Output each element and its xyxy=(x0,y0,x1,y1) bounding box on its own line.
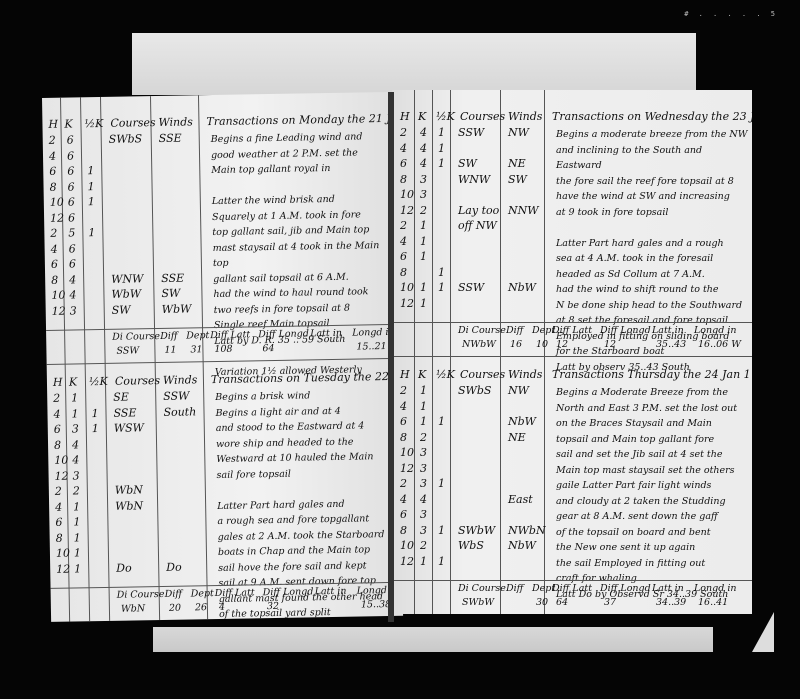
header-half-knots: ½K xyxy=(89,375,108,388)
backing-sheet-bottom xyxy=(153,627,713,652)
knots-value: 3 xyxy=(420,188,427,201)
summary-label: Dept xyxy=(191,588,214,599)
summary-value: 35..43 xyxy=(656,339,686,350)
summary-label: Longd in xyxy=(694,583,737,594)
header-knots: K xyxy=(64,117,72,130)
knots-value: 1 xyxy=(420,384,427,397)
summary-value: 12 xyxy=(556,339,568,350)
summary-label: Diff Latt xyxy=(215,587,255,599)
book-gutter xyxy=(388,92,394,622)
knots-value: 1 xyxy=(71,407,78,420)
knots-value: 4 xyxy=(69,288,76,301)
remarks-title: Transactions on Wednesday the 23 Jan 179… xyxy=(552,110,752,123)
knots-value: 1 xyxy=(74,531,81,544)
course-value: Lay too xyxy=(458,204,499,217)
course-value: WbS xyxy=(458,539,484,552)
summary-label: Diff Latt xyxy=(552,583,592,594)
wind-value: South xyxy=(163,405,196,419)
half-knots-value: 1 xyxy=(91,407,98,420)
header-knots: K xyxy=(69,375,77,388)
header-half-knots: ½K xyxy=(84,117,103,130)
hour-value: 6 xyxy=(51,258,58,271)
knots-value: 6 xyxy=(67,149,74,162)
course-value: WbN xyxy=(115,499,143,512)
hour-value: 2 xyxy=(49,134,56,147)
knots-value: 1 xyxy=(420,415,427,428)
hour-value: 12 xyxy=(400,555,414,568)
wind-value: NW xyxy=(508,126,529,139)
hour-value: 4 xyxy=(55,500,62,513)
hour-value: 6 xyxy=(49,165,56,178)
summary-value: 16..41 xyxy=(698,597,728,608)
hour-value: 8 xyxy=(400,173,407,186)
column-rule xyxy=(432,90,433,614)
summary-label: Diff Latt xyxy=(552,325,592,336)
hour-value: 4 xyxy=(53,407,60,420)
header-courses: Courses xyxy=(460,110,505,123)
knots-value: 6 xyxy=(67,133,74,146)
summary-value: WbN xyxy=(121,603,145,614)
course-value: SSW xyxy=(458,126,484,139)
knots-value: 6 xyxy=(69,257,76,270)
hour-value: 12 xyxy=(56,562,70,575)
summary-value: 4 xyxy=(219,602,225,613)
hour-value: 12 xyxy=(54,469,68,482)
half-knots-value: 1 xyxy=(438,415,445,428)
hour-value: 8 xyxy=(49,180,56,193)
summary-value: 34..39 xyxy=(656,597,686,608)
header-courses: Courses xyxy=(115,374,160,388)
header-knots: K xyxy=(418,368,426,381)
hour-value: 10 xyxy=(56,547,70,560)
summary-label: Di Course xyxy=(117,589,165,601)
remarks-text: Begins a Moderate Breeze from the North … xyxy=(556,385,748,602)
summary-label: Latt in xyxy=(315,586,347,598)
summary-value: 16 xyxy=(510,339,522,350)
header-hours: H xyxy=(400,368,410,381)
course-value: SW xyxy=(112,303,131,316)
hour-value: 10 xyxy=(51,289,65,302)
header-courses: Courses xyxy=(460,368,505,381)
wind-value: NWbN xyxy=(508,524,546,537)
hour-value: 6 xyxy=(400,415,407,428)
hour-value: 8 xyxy=(54,438,61,451)
hour-value: 6 xyxy=(400,157,407,170)
wind-value: NbW xyxy=(508,415,536,428)
knots-value: 3 xyxy=(420,477,427,490)
course-value: WSW xyxy=(114,421,144,435)
header-half-knots: ½K xyxy=(436,368,455,381)
summary-label: Diff xyxy=(160,331,178,342)
knots-value: 4 xyxy=(69,273,76,286)
wind-value: NW xyxy=(508,384,529,397)
summary-value: 12 xyxy=(604,339,616,350)
summary-value: 32 xyxy=(267,601,279,612)
column-rule xyxy=(100,97,110,621)
column-rule xyxy=(450,90,451,614)
knots-value: 5 xyxy=(68,226,75,239)
header-winds: Winds xyxy=(158,115,193,129)
knots-value: 3 xyxy=(70,304,77,317)
knots-value: 1 xyxy=(420,400,427,413)
summary-label: Di Course xyxy=(112,331,160,343)
knots-value: 1 xyxy=(420,219,427,232)
knots-value: 3 xyxy=(420,524,427,537)
knots-value: 2 xyxy=(73,484,80,497)
column-rule xyxy=(500,90,501,614)
hour-value: 6 xyxy=(55,516,62,529)
hour-value: 12 xyxy=(50,211,64,224)
course-value: SSW xyxy=(458,281,484,294)
hour-value: 8 xyxy=(400,266,407,279)
summary-rule xyxy=(392,356,752,357)
summary-value: 16..06 W xyxy=(698,339,741,350)
summary-value: NWbW xyxy=(462,339,496,350)
summary-label: Diff Longd xyxy=(600,583,651,594)
hour-value: 4 xyxy=(400,400,407,413)
remarks-title: Transactions on Tuesday the 22 Jan xyxy=(211,370,403,386)
hour-value: 12 xyxy=(400,297,414,310)
header-courses: Courses xyxy=(110,116,155,130)
hour-value: 10 xyxy=(50,196,64,209)
half-knots-value: 1 xyxy=(438,555,445,568)
knots-value: 4 xyxy=(420,126,427,139)
knots-value: 3 xyxy=(420,508,427,521)
course-value: SWbS xyxy=(109,132,143,146)
hour-value: 12 xyxy=(52,304,66,317)
summary-value: 26 xyxy=(195,602,207,613)
summary-label: Latt in xyxy=(652,583,684,594)
knots-value: 6 xyxy=(67,164,74,177)
summary-label: Dept xyxy=(186,330,209,341)
remarks-title: Transactions Thursday the 24 Jan 1799 xyxy=(552,368,752,381)
wind-value: SSW xyxy=(163,389,189,402)
summary-value: 31 xyxy=(190,344,202,355)
wind-value: SSE xyxy=(161,271,184,284)
hour-value: 4 xyxy=(400,142,407,155)
knots-value: 1 xyxy=(73,515,80,528)
header-hours: H xyxy=(53,376,63,389)
half-knots-value: 1 xyxy=(438,524,445,537)
header-winds: Winds xyxy=(163,373,198,387)
hour-value: 8 xyxy=(400,431,407,444)
course-value: SE xyxy=(113,391,129,404)
course-value: SSE xyxy=(113,406,136,419)
hour-value: 4 xyxy=(400,235,407,248)
summary-label: Di Course xyxy=(458,325,506,336)
half-knots-value: 1 xyxy=(438,266,445,279)
knots-value: 6 xyxy=(69,242,76,255)
knots-value: 4 xyxy=(420,142,427,155)
knots-value: 4 xyxy=(420,157,427,170)
summary-label: Diff Latt xyxy=(210,329,250,341)
half-knots-value: 1 xyxy=(88,195,95,208)
frame-counter: # . . . . . 5 xyxy=(684,10,778,18)
knots-value: 1 xyxy=(420,235,427,248)
summary-value: SSW xyxy=(116,345,139,356)
knots-value: 6 xyxy=(68,211,75,224)
hour-value: 4 xyxy=(51,242,58,255)
half-knots-value: 1 xyxy=(87,180,94,193)
hour-value: 2 xyxy=(400,219,407,232)
knots-value: 1 xyxy=(74,546,81,559)
header-hours: H xyxy=(400,110,410,123)
knots-value: 3 xyxy=(420,173,427,186)
hour-value: 2 xyxy=(55,485,62,498)
knots-value: 1 xyxy=(71,391,78,404)
wind-value: WbW xyxy=(162,302,192,316)
summary-value: SWbW xyxy=(462,597,494,608)
summary-value: 20 xyxy=(169,603,181,614)
hour-value: 12 xyxy=(400,204,414,217)
half-knots-value: 1 xyxy=(88,226,95,239)
summary-label: Diff Longd xyxy=(258,328,309,340)
half-knots-value: 1 xyxy=(438,477,445,490)
hour-value: 10 xyxy=(400,188,414,201)
hour-value: 6 xyxy=(400,250,407,263)
hour-value: 8 xyxy=(51,273,58,286)
half-knots-value: 1 xyxy=(438,157,445,170)
knots-value: 1 xyxy=(420,250,427,263)
wind-value: SW xyxy=(508,173,527,186)
summary-label: Diff xyxy=(506,583,523,594)
half-knots-value: 1 xyxy=(92,422,99,435)
summary-label: Diff Longd xyxy=(600,325,651,336)
logbook-left-page: HK½KCoursesWindsTransactions on Monday t… xyxy=(42,92,403,622)
wind-value: East xyxy=(508,493,533,506)
backing-sheet-top xyxy=(132,33,696,95)
summary-label: Latt in xyxy=(652,325,684,336)
course-value: WbW xyxy=(111,287,141,301)
knots-value: 6 xyxy=(67,180,74,193)
wind-value: NNW xyxy=(508,204,539,217)
knots-value: 3 xyxy=(72,422,79,435)
summary-label: Diff Longd xyxy=(263,586,314,598)
course-value: WNW xyxy=(458,173,490,186)
knots-value: 3 xyxy=(420,462,427,475)
header-half-knots: ½K xyxy=(436,110,455,123)
knots-value: 2 xyxy=(420,204,427,217)
summary-label: Longd in xyxy=(694,325,737,336)
summary-label: Diff xyxy=(506,325,523,336)
knots-value: 2 xyxy=(420,431,427,444)
remarks-title: Transactions on Monday the 21 Jan xyxy=(206,112,403,128)
summary-value: 64 xyxy=(262,343,274,354)
knots-value: 1 xyxy=(420,555,427,568)
hour-value: 10 xyxy=(400,281,414,294)
summary-value: 108 xyxy=(214,344,232,355)
summary-label: Latt in xyxy=(310,328,342,340)
hour-value: 2 xyxy=(400,477,407,490)
hour-value: 10 xyxy=(400,539,414,552)
hour-value: 4 xyxy=(400,493,407,506)
column-rule xyxy=(150,96,160,620)
hour-value: 4 xyxy=(49,149,56,162)
logbook-right-page: HK½KCoursesWindsTransactions on Wednesda… xyxy=(392,90,752,614)
knots-value: 1 xyxy=(420,297,427,310)
hour-value: 10 xyxy=(400,446,414,459)
summary-rule xyxy=(392,580,752,581)
hour-value: 2 xyxy=(53,392,60,405)
summary-label: Di Course xyxy=(458,583,506,594)
remarks-text: Begins a moderate breeze from the NW and… xyxy=(556,127,748,375)
knots-value: 3 xyxy=(72,469,79,482)
wind-value: NE xyxy=(508,431,526,444)
wind-value: SW xyxy=(161,287,180,300)
course-value: SW xyxy=(458,157,477,170)
header-winds: Winds xyxy=(508,110,542,123)
hour-value: 12 xyxy=(400,462,414,475)
course-value: WNW xyxy=(111,272,143,286)
header-knots: K xyxy=(418,110,426,123)
hour-value: 10 xyxy=(54,454,68,467)
header-hours: H xyxy=(48,118,58,131)
knots-value: 4 xyxy=(72,453,79,466)
summary-value: 30 xyxy=(536,597,548,608)
hour-value: 2 xyxy=(400,384,407,397)
knots-value: 1 xyxy=(73,500,80,513)
column-rule xyxy=(198,95,208,619)
column-rule xyxy=(414,90,415,614)
summary-rule xyxy=(392,322,752,323)
course-value: SWbW xyxy=(458,524,495,537)
summary-value: 15..38 xyxy=(361,599,391,611)
summary-value: 37 xyxy=(604,597,616,608)
knots-value: 6 xyxy=(68,195,75,208)
wind-value: NbW xyxy=(508,539,536,552)
summary-value: 11 xyxy=(164,345,176,356)
course-value: WbN xyxy=(115,483,143,496)
course-value: SWbS xyxy=(458,384,491,397)
summary-value: 10 xyxy=(536,339,548,350)
hour-value: 2 xyxy=(50,227,57,240)
wind-value: SSE xyxy=(159,132,182,145)
half-knots-value: 1 xyxy=(438,281,445,294)
wind-value: Do xyxy=(166,560,182,573)
knots-value: 1 xyxy=(74,562,81,575)
half-knots-value: 1 xyxy=(438,126,445,139)
header-winds: Winds xyxy=(508,368,542,381)
wind-value: NE xyxy=(508,157,526,170)
half-knots-value: 1 xyxy=(438,142,445,155)
hour-value: 8 xyxy=(56,531,63,544)
knots-value: 4 xyxy=(420,493,427,506)
course-value: Do xyxy=(116,561,132,574)
half-knots-value: 1 xyxy=(87,164,94,177)
paper-corner xyxy=(752,612,774,652)
knots-value: 4 xyxy=(72,438,79,451)
knots-value: 3 xyxy=(420,446,427,459)
wind-value: NbW xyxy=(508,281,536,294)
hour-value: 8 xyxy=(400,524,407,537)
knots-value: 2 xyxy=(420,539,427,552)
summary-value: 64 xyxy=(556,597,568,608)
summary-label: Diff xyxy=(165,589,183,600)
hour-value: 6 xyxy=(400,508,407,521)
hour-value: 2 xyxy=(400,126,407,139)
knots-value: 1 xyxy=(420,281,427,294)
hour-value: 6 xyxy=(54,423,61,436)
course-value: off NW xyxy=(458,219,497,232)
